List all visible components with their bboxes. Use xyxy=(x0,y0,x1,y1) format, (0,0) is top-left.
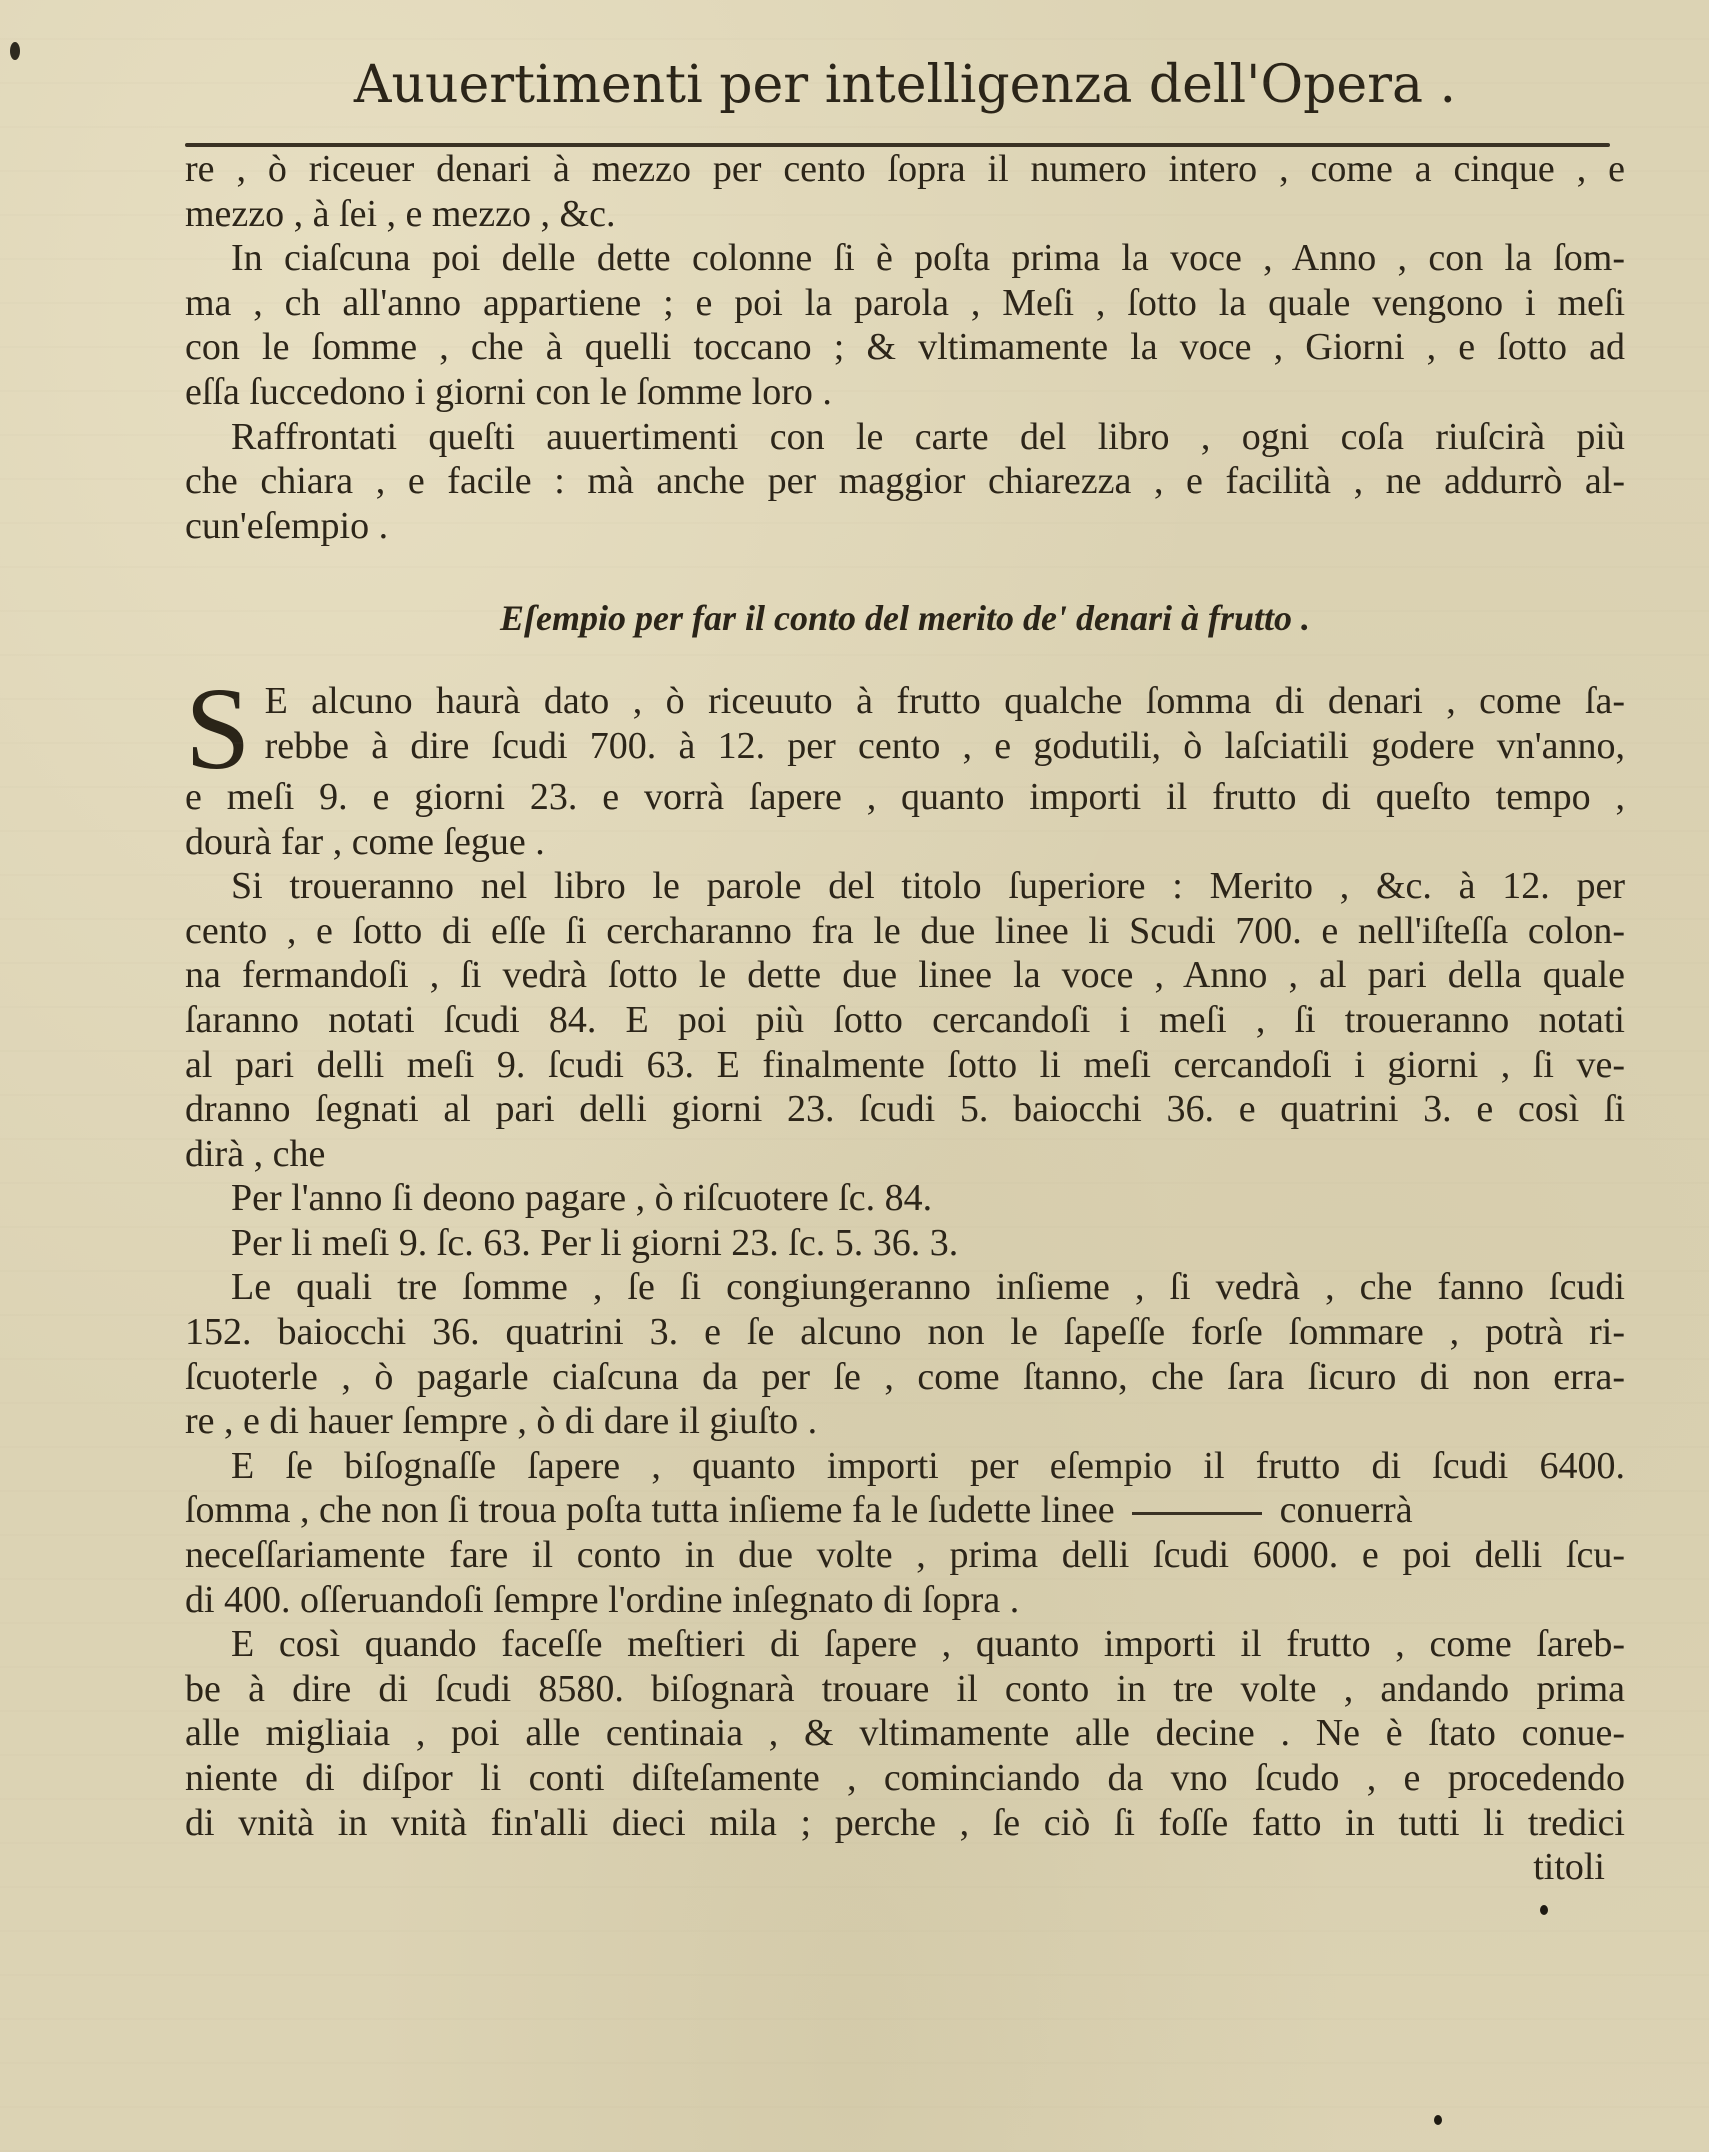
text-line: cento , e ſotto di eſſe ſi cercharanno f… xyxy=(185,909,1625,954)
body-text: re , ò riceuer denari à mezzo per cento … xyxy=(185,147,1625,1890)
text-line: E così quando faceſſe meſtieri di ſapere… xyxy=(185,1622,1625,1667)
running-head: Auuertimenti per intelligenza dell'Opera… xyxy=(185,40,1625,115)
text-line-with-rule: ſomma , che non ſi troua poſta tutta inſ… xyxy=(185,1488,1625,1533)
text-line: eſſa ſuccedono i giorni con le ſomme lor… xyxy=(185,370,1625,415)
paragraph-raffrontati: Raffrontati queſti auuertimenti con le c… xyxy=(185,415,1625,549)
text-line: dranno ſegnati al pari delli giorni 23. … xyxy=(185,1087,1625,1132)
text-line: E alcuno haurà dato , ò riceuuto à frutt… xyxy=(185,679,1625,724)
text-line: Si troueranno nel libro le parole del ti… xyxy=(185,864,1625,909)
paragraph-continuation: re , ò riceuer denari à mezzo per cento … xyxy=(185,147,1625,236)
paragraph-total: Le quali tre ſomme , ſe ſi congiungerann… xyxy=(185,1265,1625,1443)
ink-spot-mark xyxy=(10,42,20,60)
text-line: 152. baiocchi 36. quatrini 3. e ſe alcun… xyxy=(185,1310,1625,1355)
text-segment: conuerrà xyxy=(1280,1489,1413,1531)
text-line: na fermandoſi , ſi vedrà ſotto le dette … xyxy=(185,953,1625,998)
section-title: Eſempio per far il conto del merito de' … xyxy=(185,596,1625,641)
paragraph-6400: E ſe biſognaſſe ſapere , quanto importi … xyxy=(185,1444,1625,1622)
summary-lines: Per l'anno ſi deono pagare , ò riſcuoter… xyxy=(185,1176,1625,1265)
ink-dot xyxy=(1434,2115,1442,2125)
text-line: ſaranno notati ſcudi 84. E poi più ſotto… xyxy=(185,998,1625,1043)
text-line: e meſi 9. e giorni 23. e vorrà ſapere , … xyxy=(185,775,1625,820)
text-segment: ſomma , che non ſi troua poſta tutta inſ… xyxy=(185,1489,1115,1531)
text-line: be à dire di ſcudi 8580. biſognarà troua… xyxy=(185,1667,1625,1712)
catchword: titoli xyxy=(185,1845,1625,1890)
text-line: al pari delli meſi 9. ſcudi 63. E finalm… xyxy=(185,1043,1625,1088)
text-line: mezzo , à ſei , e mezzo , &c. xyxy=(185,192,1625,237)
text-line: ma , ch all'anno appartiene ; e poi la p… xyxy=(185,281,1625,326)
text-line: che chiara , e facile : mà anche per mag… xyxy=(185,459,1625,504)
text-line: E ſe biſognaſſe ſapere , quanto importi … xyxy=(185,1444,1625,1489)
summary-year: Per l'anno ſi deono pagare , ò riſcuoter… xyxy=(185,1176,1625,1221)
summary-months-days: Per li meſi 9. ſc. 63. Per li giorni 23.… xyxy=(185,1221,1625,1266)
text-line: Raffrontati queſti auuertimenti con le c… xyxy=(185,415,1625,460)
text-line: dirà , che xyxy=(185,1132,1625,1177)
text-line: In ciaſcuna poi delle dette colonne ſi è… xyxy=(185,236,1625,281)
text-line: alle migliaia , poi alle centinaia , & v… xyxy=(185,1711,1625,1756)
text-line: ſcuoterle , ò pagarle ciaſcuna da per ſe… xyxy=(185,1355,1625,1400)
drop-cap: S xyxy=(185,683,251,775)
paragraph-procedure: Si troueranno nel libro le parole del ti… xyxy=(185,864,1625,1176)
text-line: di 400. oſſeruandoſi ſempre l'ordine inſ… xyxy=(185,1578,1625,1623)
paragraph-example-intro: S E alcuno haurà dato , ò riceuuto à fru… xyxy=(185,679,1625,864)
paragraph-8580: E così quando faceſſe meſtieri di ſapere… xyxy=(185,1622,1625,1890)
book-page: Auuertimenti per intelligenza dell'Opera… xyxy=(185,40,1625,1890)
paragraph-columns: In ciaſcuna poi delle dette colonne ſi è… xyxy=(185,236,1625,414)
text-line: cun'eſempio . xyxy=(185,504,1625,549)
text-line: dourà far , come ſegue . xyxy=(185,820,1625,865)
ink-dot xyxy=(1540,1905,1548,1915)
text-line: niente di diſpor li conti diſteſamente ,… xyxy=(185,1756,1625,1801)
text-line: rebbe à dire ſcudi 700. à 12. per cento … xyxy=(185,724,1625,769)
text-line: Le quali tre ſomme , ſe ſi congiungerann… xyxy=(185,1265,1625,1310)
text-line: re , e di hauer ſempre , ò di dare il gi… xyxy=(185,1399,1625,1444)
text-line: di vnità in vnità fin'alli dieci mila ; … xyxy=(185,1801,1625,1846)
text-line: re , ò riceuer denari à mezzo per cento … xyxy=(185,147,1625,192)
two-lines-mark xyxy=(1132,1512,1262,1515)
text-line: neceſſariamente fare il conto in due vol… xyxy=(185,1533,1625,1578)
text-line: con le ſomme , che à quelli toccano ; & … xyxy=(185,325,1625,370)
